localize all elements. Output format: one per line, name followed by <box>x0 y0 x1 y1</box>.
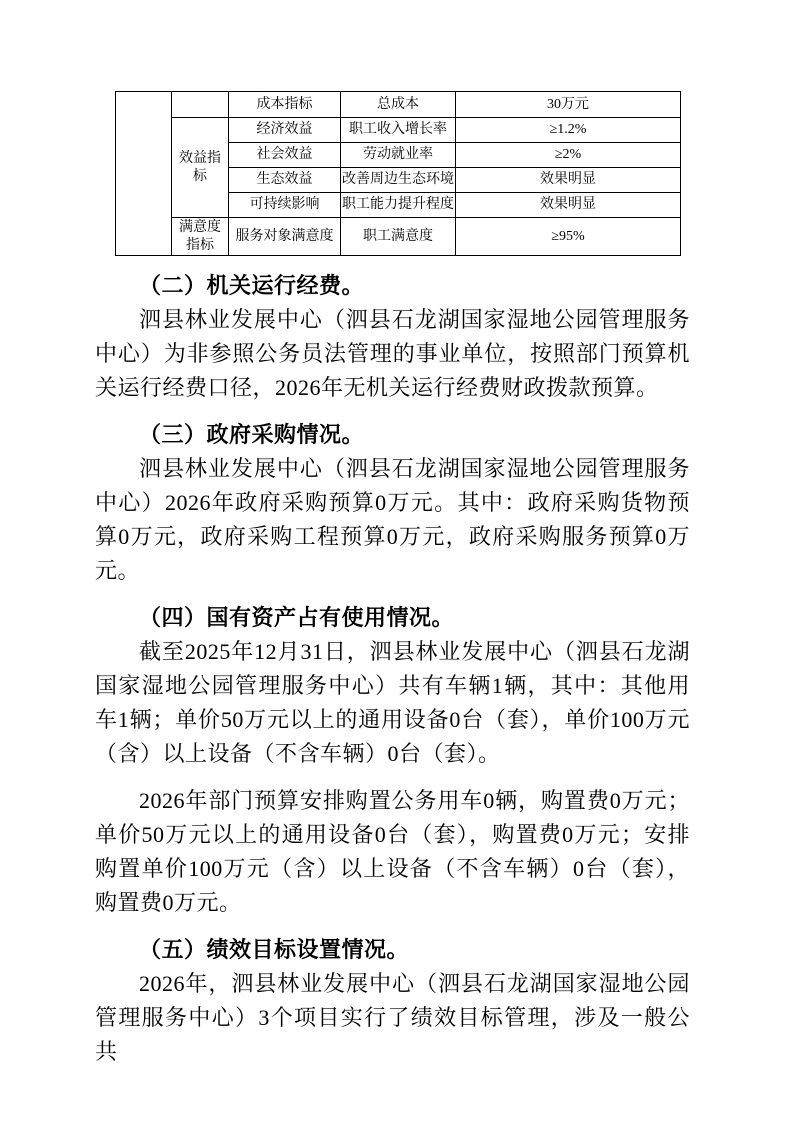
section-performance-targets: （五）绩效目标设置情况。 2026年，泗县林业发展中心（泗县石龙湖国家湿地公园管… <box>95 933 690 1069</box>
indicator-name-cell: 劳动就业率 <box>341 143 456 168</box>
paragraph: 泗县林业发展中心（泗县石龙湖国家湿地公园管理服务中心）为非参照公务员法管理的事业… <box>95 303 690 405</box>
indicator-name-cell: 总成本 <box>341 92 456 118</box>
section-agency-operating-funds: （二）机关运行经费。 泗县林业发展中心（泗县石龙湖国家湿地公园管理服务中心）为非… <box>95 269 690 405</box>
indicator-value-cell: 效果明显 <box>456 168 681 193</box>
indicator-value-cell: ≥95% <box>456 218 681 256</box>
indicator-category-cell: 社会效益 <box>229 143 341 168</box>
paragraph: 2026年，泗县林业发展中心（泗县石龙湖国家湿地公园管理服务中心）3个项目实行了… <box>95 967 690 1069</box>
performance-indicators-table: 成本指标 总成本 30万元 效益指标 经济效益 职工收入增长率 ≥1.2% 社会… <box>115 91 681 256</box>
section-heading: （四）国有资产占有使用情况。 <box>95 601 690 635</box>
indicator-group-cell <box>172 92 229 118</box>
indicator-value-cell: ≥2% <box>456 143 681 168</box>
document-page: 成本指标 总成本 30万元 效益指标 经济效益 职工收入增长率 ≥1.2% 社会… <box>0 0 793 1122</box>
section-heading: （二）机关运行经费。 <box>95 269 690 303</box>
paragraph: 2026年部门预算安排购置公务用车0辆，购置费0万元；单价50万元以上的通用设备… <box>95 784 690 920</box>
indicator-name-cell: 职工满意度 <box>341 218 456 256</box>
section-heading: （五）绩效目标设置情况。 <box>95 933 690 967</box>
indicator-category-cell: 成本指标 <box>229 92 341 118</box>
table-row-economic: 效益指标 经济效益 职工收入增长率 ≥1.2% <box>116 118 681 143</box>
indicator-value-cell: 30万元 <box>456 92 681 118</box>
section-government-procurement: （三）政府采购情况。 泗县林业发展中心（泗县石龙湖国家湿地公园管理服务中心）20… <box>95 418 690 588</box>
indicator-name-cell: 改善周边生态环境 <box>341 168 456 193</box>
section-state-assets: （四）国有资产占有使用情况。 截至2025年12月31日，泗县林业发展中心（泗县… <box>95 601 690 920</box>
indicator-category-cell: 经济效益 <box>229 118 341 143</box>
indicator-category-cell: 服务对象满意度 <box>229 218 341 256</box>
indicator-category-cell: 可持续影响 <box>229 193 341 218</box>
paragraph: 泗县林业发展中心（泗县石龙湖国家湿地公园管理服务中心）2026年政府采购预算0万… <box>95 452 690 588</box>
indicator-group-cell-benefit: 效益指标 <box>172 118 229 218</box>
table-cell-left-spanner <box>116 92 172 256</box>
indicator-name-cell: 职工能力提升程度 <box>341 193 456 218</box>
section-heading: （三）政府采购情况。 <box>95 418 690 452</box>
indicator-name-cell: 职工收入增长率 <box>341 118 456 143</box>
document-body: （二）机关运行经费。 泗县林业发展中心（泗县石龙湖国家湿地公园管理服务中心）为非… <box>95 269 690 1069</box>
indicator-group-cell-satisfaction: 满意度指标 <box>172 218 229 256</box>
indicator-value-cell: 效果明显 <box>456 193 681 218</box>
indicator-category-cell: 生态效益 <box>229 168 341 193</box>
table-row-cost: 成本指标 总成本 30万元 <box>116 92 681 118</box>
paragraph: 截至2025年12月31日，泗县林业发展中心（泗县石龙湖国家湿地公园管理服务中心… <box>95 635 690 771</box>
indicator-value-cell: ≥1.2% <box>456 118 681 143</box>
table-row-satisfaction: 满意度指标 服务对象满意度 职工满意度 ≥95% <box>116 218 681 256</box>
